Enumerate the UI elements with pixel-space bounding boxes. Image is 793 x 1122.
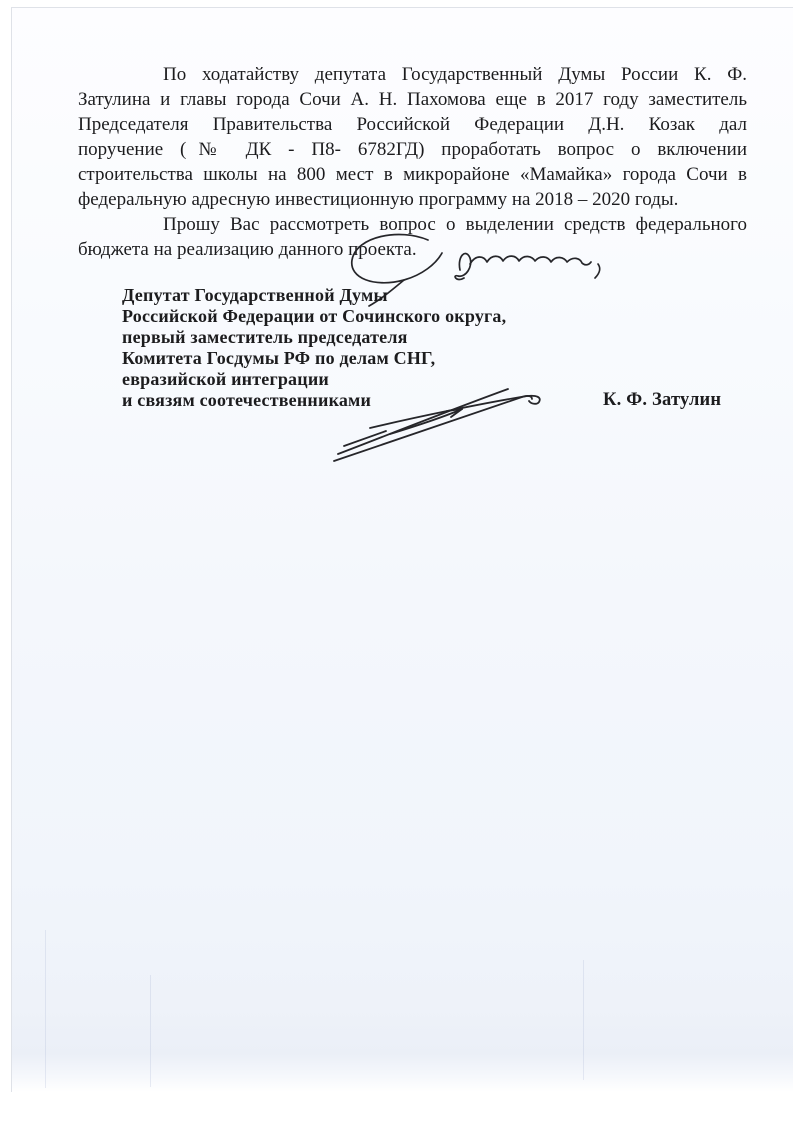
text-line: Председателя Правительства Российской Фе…: [78, 112, 747, 137]
paragraph-background: По ходатайству депутата Государственный …: [78, 62, 747, 212]
scan-artifact-line: [150, 975, 151, 1087]
text-line: строительства школы на 800 мест в микрор…: [78, 162, 747, 187]
signatory-name: К. Ф. Затулин: [603, 390, 721, 411]
scan-artifact-line: [583, 960, 584, 1080]
signatory-title-line: первый заместитель председателя: [122, 327, 602, 348]
text-line: По ходатайству депутата Государственный …: [78, 62, 747, 87]
text-line: федеральную адресную инвестиционную прог…: [78, 187, 747, 212]
scan-artifact-line: [45, 930, 46, 1088]
signatory-title-line: Комитета Госдумы РФ по делам СНГ,: [122, 348, 602, 369]
scanned-letter-page: По ходатайству депутата Государственный …: [0, 0, 793, 1122]
signatory-title-line: Депутат Государственной Думы: [122, 285, 602, 306]
text-line: Затулина и главы города Сочи А. Н. Пахом…: [78, 87, 747, 112]
handwritten-signature: [332, 380, 550, 468]
signatory-title-line: Российской Федерации от Сочинского округ…: [122, 306, 602, 327]
text-line: поручение (№ ДК - П8- 6782ГД) проработат…: [78, 137, 747, 162]
